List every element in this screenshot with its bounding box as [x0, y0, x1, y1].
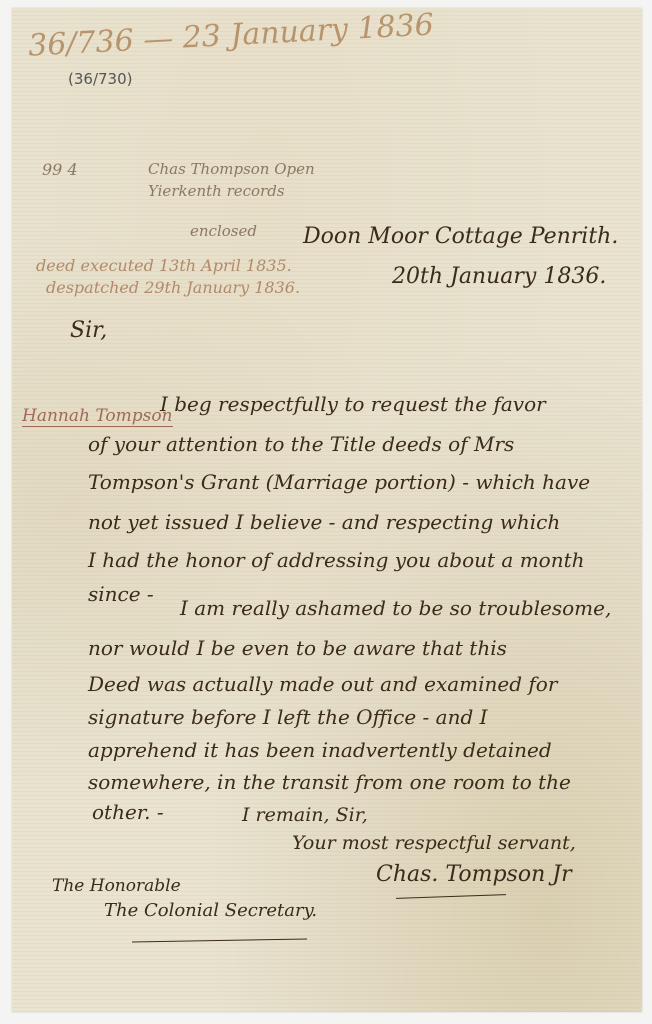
body-line-13: other. - [92, 800, 164, 824]
body-line-2: of your attention to the Title deeds of … [88, 432, 514, 456]
deed-executed-note: deed executed 13th April 1835. [36, 256, 292, 275]
letter-date: 20th January 1836. [392, 264, 606, 289]
body-line-4: not yet issued I believe - and respectin… [88, 510, 560, 534]
closing-servant: Your most respectful servant, [292, 832, 576, 854]
registry-note-records: Yierkenth records [148, 182, 285, 200]
body-line-3: Tompson's Grant (Marriage portion) - whi… [88, 470, 590, 494]
body-line-7: I am really ashamed to be so troublesome… [180, 596, 611, 620]
salutation: Sir, [70, 318, 107, 343]
addressee-line-2: The Colonial Secretary. [104, 900, 317, 921]
body-line-11: apprehend it has been inadvertently deta… [88, 738, 552, 762]
body-line-1: I beg respectfully to request the favor [160, 392, 546, 416]
body-line-10: signature before I left the Office - and… [88, 705, 488, 729]
body-line-5: I had the honor of addressing you about … [88, 548, 585, 572]
body-line-9: Deed was actually made out and examined … [88, 672, 557, 696]
body-line-12: somewhere, in the transit from one room … [88, 770, 571, 794]
despatched-note: despatched 29th January 1836. [46, 278, 300, 297]
body-line-8: nor would I be even to be aware that thi… [88, 636, 507, 660]
registry-note-enclosed: enclosed [190, 222, 257, 240]
margin-name: Hannah Tompson [22, 406, 173, 427]
pencil-reference: (36/730) [68, 70, 132, 88]
body-line-6: since - [88, 582, 154, 606]
sender-address: Doon Moor Cottage Penrith. [303, 224, 618, 249]
closing-remain: I remain, Sir, [242, 804, 368, 826]
addressee-line-1: The Honorable [52, 876, 181, 896]
registry-note-name: Chas Thompson Open [148, 160, 315, 178]
registry-note-number: 99 4 [42, 160, 78, 179]
signature: Chas. Tompson Jr [376, 862, 572, 887]
